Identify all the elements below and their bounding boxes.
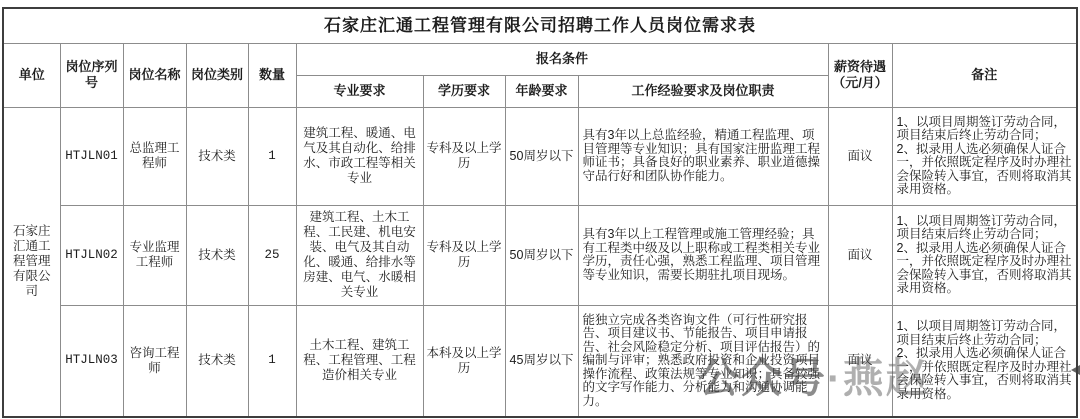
remark-cell: 1、以项目周期签订劳动合同，项目结束后终止劳动合同； 2、拟录用人选必须确保人证… xyxy=(892,107,1077,205)
col-header-conditions-group: 报名条件 xyxy=(296,43,828,75)
col-header-education: 学历要求 xyxy=(423,75,505,107)
experience-cell: 具有3年以上总监经验，精通工程监理、项目管理等专业知识；具有国家注册监理工程师证… xyxy=(578,107,828,205)
recruitment-table: 石家庄汇通工程管理有限公司招聘工作人员岗位需求表 单位 岗位序列号 岗位名称 岗… xyxy=(2,7,1078,418)
col-header-unit: 单位 xyxy=(3,43,60,107)
salary-cell: 面议 xyxy=(828,205,892,305)
job-category-cell: 技术类 xyxy=(186,205,248,305)
col-header-job-name: 岗位名称 xyxy=(123,43,186,107)
count-cell: 1 xyxy=(248,107,296,205)
col-header-job-category: 岗位类别 xyxy=(186,43,248,107)
job-category-cell: 技术类 xyxy=(186,107,248,205)
job-name-cell: 总监理工程师 xyxy=(123,107,186,205)
job-category-cell: 技术类 xyxy=(186,305,248,417)
col-header-major: 专业要求 xyxy=(296,75,423,107)
table-row: HTJLN02 专业监理工程师 技术类 25 建筑工程、土木工程、工民建、机电安… xyxy=(3,205,1077,305)
count-cell: 1 xyxy=(248,305,296,417)
age-cell: 50周岁以下 xyxy=(505,205,578,305)
count-cell: 25 xyxy=(248,205,296,305)
table-row: HTJLN03 咨询工程师 技术类 1 土木工程、建筑工程、工程管理、工程造价相… xyxy=(3,305,1077,417)
unit-cell: 石家庄汇通工程管理有限公司 xyxy=(3,107,60,417)
col-header-count: 数量 xyxy=(248,43,296,107)
remark-cell: 1、以项目周期签订劳动合同，项目结束后终止劳动合同； 2、拟录用人选必须确保人证… xyxy=(892,205,1077,305)
education-cell: 专科及以上学历 xyxy=(423,107,505,205)
age-cell: 50周岁以下 xyxy=(505,107,578,205)
watermark-arrow-icon xyxy=(1071,365,1080,375)
serial-cell: HTJLN01 xyxy=(60,107,123,205)
col-header-age: 年龄要求 xyxy=(505,75,578,107)
serial-cell: HTJLN03 xyxy=(60,305,123,417)
experience-cell: 具有3年以上工程管理或施工管理经验；具有工程类中级及以上职称或工程类相关专业学历… xyxy=(578,205,828,305)
experience-cell: 能独立完成各类咨询文件（可行性研究报告、项目建议书、节能报告、项目申请报告、社会… xyxy=(578,305,828,417)
major-cell: 土木工程、建筑工程、工程管理、工程造价相关专业 xyxy=(296,305,423,417)
major-cell: 建筑工程、暖通、电气及其自动化、给排水、市政工程等相关专业 xyxy=(296,107,423,205)
education-cell: 本科及以上学历 xyxy=(423,305,505,417)
page-title: 石家庄汇通工程管理有限公司招聘工作人员岗位需求表 xyxy=(3,8,1077,43)
education-cell: 专科及以上学历 xyxy=(423,205,505,305)
job-name-cell: 专业监理工程师 xyxy=(123,205,186,305)
col-header-salary: 薪资待遇（元/月） xyxy=(828,43,892,107)
table-row: 石家庄汇通工程管理有限公司 HTJLN01 总监理工程师 技术类 1 建筑工程、… xyxy=(3,107,1077,205)
col-header-serial: 岗位序列号 xyxy=(60,43,123,107)
remark-cell: 1、以项目周期签订劳动合同，项目结束后终止劳动合同； 2、拟录用人选必须确保人证… xyxy=(892,305,1077,417)
salary-cell: 面议 xyxy=(828,107,892,205)
salary-cell: 面议 xyxy=(828,305,892,417)
col-header-experience: 工作经验要求及岗位职责 xyxy=(578,75,828,107)
col-header-remark: 备注 xyxy=(892,43,1077,107)
major-cell: 建筑工程、土木工程、工民建、机电安装、电气及其自动化、暖通、给排水等房建、电气、… xyxy=(296,205,423,305)
age-cell: 45周岁以下 xyxy=(505,305,578,417)
serial-cell: HTJLN02 xyxy=(60,205,123,305)
job-name-cell: 咨询工程师 xyxy=(123,305,186,417)
